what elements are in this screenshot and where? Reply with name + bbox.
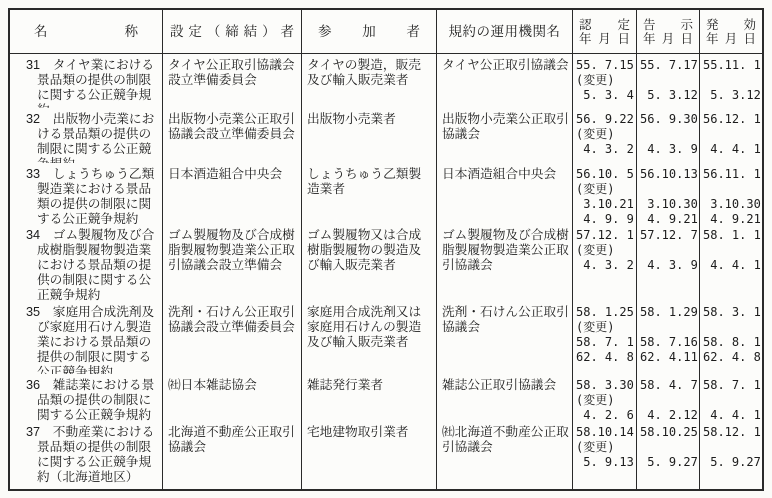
cell-approval-date: 58. 3.30 (変更) 4. 2. 6 [573, 374, 637, 421]
cell-name: 35 家庭用合成洗剤及び家庭用石けん製造業における景品類の提供の制限に関する公正… [10, 301, 163, 374]
cell-notice-date: 56. 9.30 4. 3. 9 [637, 108, 700, 163]
cell-establisher: タイヤ公正取引協議会設立準備委員会 [163, 54, 302, 108]
cell-name: 31 タイヤ業における景品類の提供の制限に関する公正競争規約 [10, 54, 163, 108]
cell-effective-date: 58. 7. 1 4. 4. 1 [700, 374, 762, 421]
cell-name: 34 ゴム製履物及び合成樹脂製履物製造業における景品類の提供の制限に関する公正競… [10, 224, 163, 301]
cell-establisher: 日本酒造組合中央会 [163, 163, 302, 224]
cell-operator: ゴム製履物及び合成樹脂製履物製造業公正取引協議会 [437, 224, 573, 301]
cell-notice-date: 58. 1.29 58. 7.16 62. 4.11 [637, 301, 700, 374]
header-effective-date: 発効 年月日 [700, 10, 762, 53]
cell-effective-date: 56.11. 1 3.10.30 4. 9.21 [700, 163, 762, 224]
cell-participants: 出版物小売業者 [302, 108, 437, 163]
rule-name: 36 雑誌業における景品類の提供の制限に関する公正競争規約 [26, 378, 159, 421]
header-operator: 規約の運用機関名 [437, 10, 573, 53]
cell-approval-date: 57.12. 1 (変更) 4. 3. 2 [573, 224, 637, 301]
cell-participants: ゴム製履物又は合成樹脂製履物の製造及び輸入販売業者 [302, 224, 437, 301]
rule-name: 33 しょうちゅう乙類製造業における景品類の提供の制限に関する公正競争規約 [26, 167, 159, 224]
header-notice-line2: 年月日 [637, 32, 699, 46]
header-establisher: 設定（締結）者 [163, 10, 302, 53]
header-operator-label: 規約の運用機関名 [437, 24, 572, 40]
cell-participants: 宅地建物取引業者 [302, 421, 437, 489]
cell-effective-date: 58. 3. 1 58. 8. 1 62. 4. 8 [700, 301, 762, 374]
header-approval-line2: 年月日 [573, 32, 636, 46]
cell-operator: 洗剤・石けん公正取引協議会 [437, 301, 573, 374]
header-effective-line1: 発効 [700, 18, 762, 32]
cell-establisher: 洗剤・石けん公正取引協議会設立準備委員会 [163, 301, 302, 374]
cell-establisher: 北海道不動産公正取引協議会 [163, 421, 302, 489]
cell-establisher: ゴム製履物及び合成樹脂製履物製造業公正取引協議会設立準備会 [163, 224, 302, 301]
cell-effective-date: 55.11. 1 5. 3.12 [700, 54, 762, 108]
cell-notice-date: 58.10.25 5. 9.27 [637, 421, 700, 489]
header-name: 名称 [10, 10, 163, 53]
cell-approval-date: 58. 1.25 (変更) 58. 7. 1 62. 4. 8 [573, 301, 637, 374]
cell-participants: タイヤの製造，販売及び輸入販売業者 [302, 54, 437, 108]
cell-name: 32 出版物小売業における景品類の提供の制限に関する公正競争規約 [10, 108, 163, 163]
cell-participants: しょうちゅう乙類製造業者 [302, 163, 437, 224]
rule-name: 31 タイヤ業における景品類の提供の制限に関する公正競争規約 [26, 58, 159, 108]
header-effective-line2: 年月日 [700, 32, 762, 46]
cell-notice-date: 58. 4. 7 4. 2.12 [637, 374, 700, 421]
rule-name: 35 家庭用合成洗剤及び家庭用石けん製造業における景品類の提供の制限に関する公正… [26, 305, 159, 374]
cell-operator: タイヤ公正取引協議会 [437, 54, 573, 108]
cell-participants: 家庭用合成洗剤又は家庭用石けんの製造及び輸入販売業者 [302, 301, 437, 374]
header-participants-label: 参加者 [302, 24, 436, 40]
rule-name: 32 出版物小売業における景品類の提供の制限に関する公正競争規約 [26, 112, 159, 163]
cell-approval-date: 56. 9.22 (変更) 4. 3. 2 [573, 108, 637, 163]
header-notice-line1: 告示 [637, 18, 699, 32]
cell-operator: 雑誌公正取引協議会 [437, 374, 573, 421]
document-page: 名称 設定（締結）者 参加者 規約の運用機関名 認定 年月日 告示 年月日 発効… [0, 0, 772, 498]
table-body: 31 タイヤ業における景品類の提供の制限に関する公正競争規約 タイヤ公正取引協議… [10, 54, 762, 489]
header-approval-date: 認定 年月日 [573, 10, 637, 53]
cell-operator: 日本酒造組合中央会 [437, 163, 573, 224]
cell-name: 36 雑誌業における景品類の提供の制限に関する公正競争規約 [10, 374, 163, 421]
rule-name: 34 ゴム製履物及び合成樹脂製履物製造業における景品類の提供の制限に関する公正競… [26, 228, 159, 301]
cell-approval-date: 58.10.14 (変更) 5. 9.13 [573, 421, 637, 489]
cell-operator: ㈳北海道不動産公正取引協議会 [437, 421, 573, 489]
header-establisher-label: 設定（締結）者 [163, 24, 301, 40]
cell-notice-date: 55. 7.17 5. 3.12 [637, 54, 700, 108]
cell-name: 37 不動産業における景品類の提供の制限に関する公正競争規約（北海道地区） [10, 421, 163, 489]
cell-approval-date: 56.10. 5 (変更) 3.10.21 4. 9. 9 [573, 163, 637, 224]
header-name-label: 名称 [10, 24, 162, 40]
table-header-row: 名称 設定（締結）者 参加者 規約の運用機関名 認定 年月日 告示 年月日 発効… [10, 10, 762, 54]
cell-name: 33 しょうちゅう乙類製造業における景品類の提供の制限に関する公正競争規約 [10, 163, 163, 224]
cell-effective-date: 58. 1. 1 4. 4. 1 [700, 224, 762, 301]
header-approval-line1: 認定 [573, 18, 636, 32]
cell-notice-date: 57.12. 7 4. 3. 9 [637, 224, 700, 301]
cell-approval-date: 55. 7.15 (変更) 5. 3. 4 [573, 54, 637, 108]
cell-establisher: ㈳日本雑誌協会 [163, 374, 302, 421]
header-notice-date: 告示 年月日 [637, 10, 700, 53]
fair-competition-code-table: 名称 設定（締結）者 参加者 規約の運用機関名 認定 年月日 告示 年月日 発効… [8, 8, 764, 491]
cell-effective-date: 56.12. 1 4. 4. 1 [700, 108, 762, 163]
header-participants: 参加者 [302, 10, 437, 53]
cell-effective-date: 58.12. 1 5. 9.27 [700, 421, 762, 489]
cell-operator: 出版物小売業公正取引協議会 [437, 108, 573, 163]
cell-establisher: 出版物小売業公正取引協議会設立準備委員会 [163, 108, 302, 163]
cell-participants: 雑誌発行業者 [302, 374, 437, 421]
rule-name: 37 不動産業における景品類の提供の制限に関する公正競争規約（北海道地区） [26, 425, 159, 485]
cell-notice-date: 56.10.13 3.10.30 4. 9.21 [637, 163, 700, 224]
